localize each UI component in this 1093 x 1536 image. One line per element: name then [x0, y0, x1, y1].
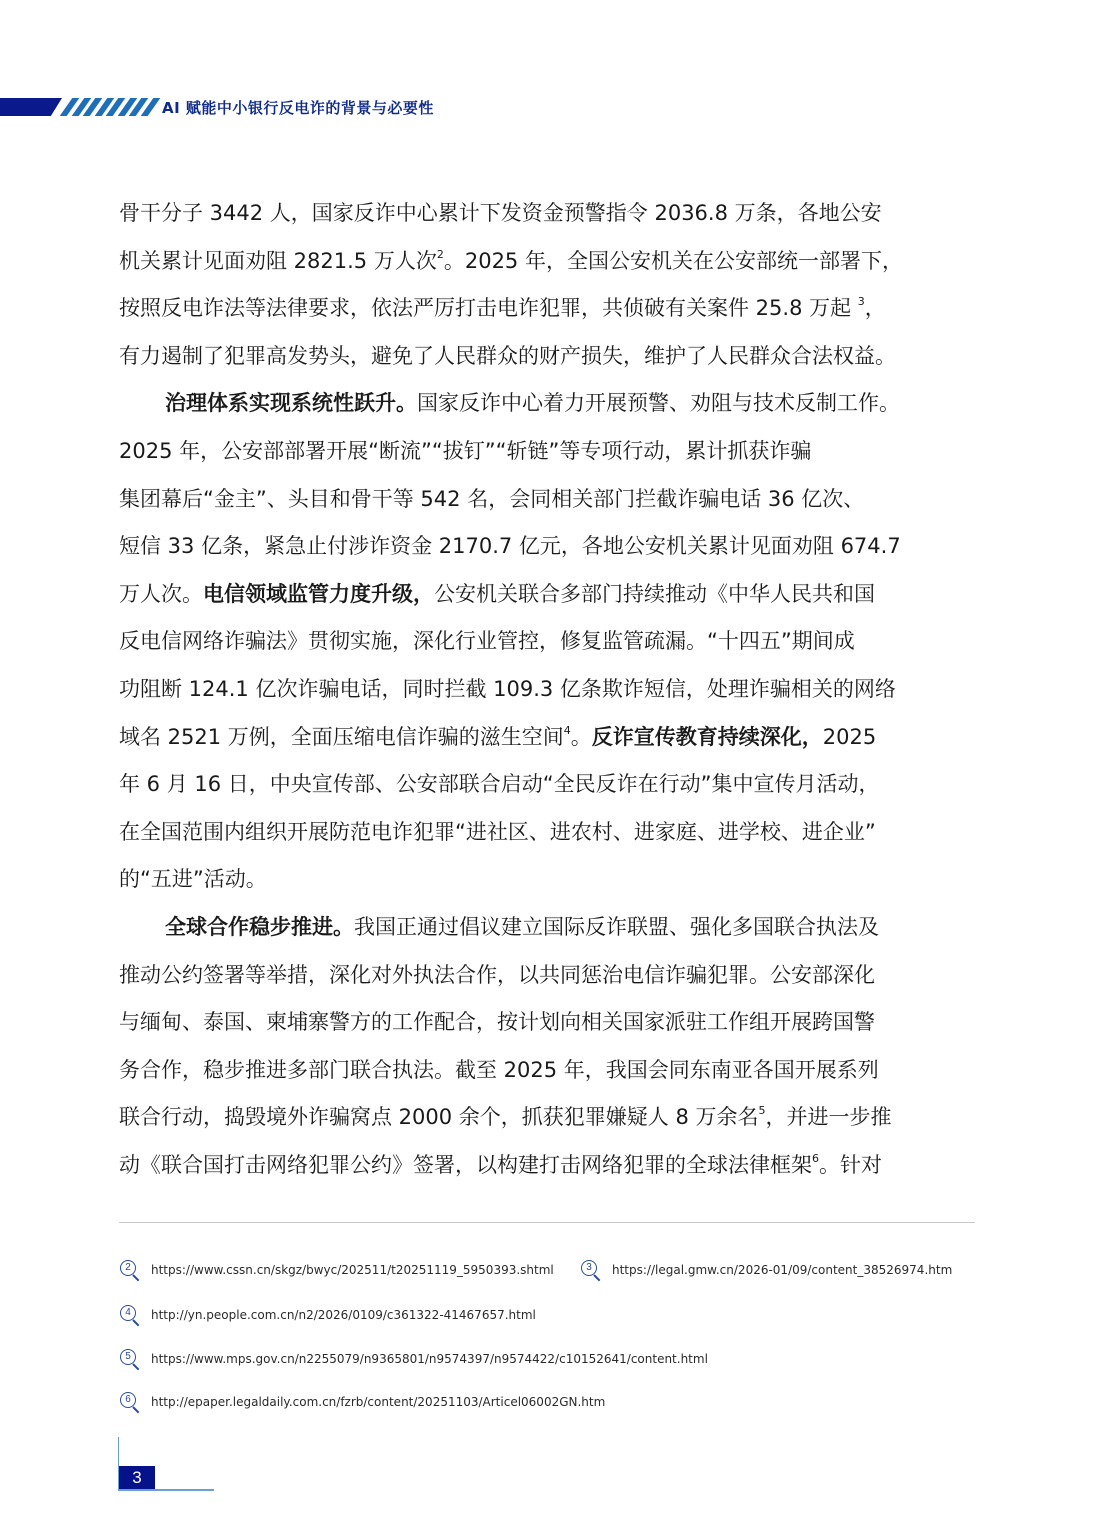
page-number-line-horizontal	[118, 1489, 214, 1491]
bold-lead-text: 全球合作稳步推进。	[165, 915, 354, 939]
footnote-item: 6http://epaper.legaldaily.com.cn/fzrb/co…	[119, 1390, 605, 1414]
text-line: 短信 33 亿条，紧急止付涉诈资金 2170.7 亿元，各地公安机关累计见面劝阻…	[119, 523, 975, 571]
section-title: AI 赋能中小银行反电诈的背景与必要性	[162, 96, 434, 120]
text-span: 。2025 年，全国公安机关在公安部统一部署下，	[444, 249, 903, 273]
text-line: 集团幕后“金主”、头目和骨干等 542 名，会同相关部门拦截诈骗电话 36 亿次…	[119, 476, 975, 524]
body-text: 骨干分子 3442 人，国家反诈中心累计下发资金预警指令 2036.8 万条，各…	[119, 190, 975, 1189]
page-number: 3	[119, 1466, 155, 1489]
text-span: 我国正通过倡议建立国际反诈联盟、强化多国联合执法及	[354, 915, 879, 939]
magnifier-number-icon: 2	[119, 1258, 145, 1282]
text-span: 在全国范围内组织开展防范电诈犯罪“进社区、进农村、进家庭、进学校、进企业”	[119, 820, 876, 844]
text-span: ，并进一步推	[766, 1105, 892, 1129]
text-line: 治理体系实现系统性跃升。国家反诈中心着力开展预警、劝阻与技术反制工作。	[119, 380, 975, 428]
text-span: 短信 33 亿条，紧急止付涉诈资金 2170.7 亿元，各地公安机关累计见面劝阻…	[119, 534, 901, 558]
paragraph: 治理体系实现系统性跃升。国家反诈中心着力开展预警、劝阻与技术反制工作。2025 …	[119, 380, 975, 904]
text-line: 功阻断 124.1 亿次诈骗电话，同时拦截 109.3 亿条欺诈短信，处理诈骗相…	[119, 666, 975, 714]
text-line: 有力遏制了犯罪高发势头，避免了人民群众的财产损失，维护了人民群众合法权益。	[119, 333, 975, 381]
text-line: 动《联合国打击网络犯罪公约》签署，以构建打击网络犯罪的全球法律框架6。针对	[119, 1142, 975, 1190]
footnote-ref: 4	[564, 724, 571, 737]
text-line: 的“五进”活动。	[119, 856, 975, 904]
text-line: 务合作，稳步推进多部门联合执法。截至 2025 年，我国会同东南亚各国开展系列	[119, 1047, 975, 1095]
magnifier-number-icon: 3	[580, 1258, 606, 1282]
footnote-url-link[interactable]: https://www.mps.gov.cn/n2255079/n9365801…	[151, 1352, 708, 1366]
header-bar-decoration	[0, 98, 62, 116]
magnifier-handle	[132, 1319, 139, 1326]
bold-lead-text: 治理体系实现系统性跃升。	[165, 391, 417, 415]
text-line: 按照反电诈法等法律要求，依法严厉打击电诈犯罪，共侦破有关案件 25.8 万起 3…	[119, 285, 975, 333]
footnote-item: 2https://www.cssn.cn/skgz/bwyc/202511/t2…	[119, 1258, 554, 1282]
footnote-ref: 3	[858, 295, 865, 308]
bold-lead-text: 电信领域监管力度升级，	[203, 582, 434, 606]
text-span: 2025 年，公安部部署开展“断流”“拔钉”“斩链”等专项行动，累计抓获诈骗	[119, 439, 811, 463]
text-span: 万人次。	[119, 582, 203, 606]
text-span: 公安机关联合多部门持续推动《中华人民共和国	[434, 582, 875, 606]
footnote-ref: 6	[812, 1152, 819, 1165]
magnifier-handle	[593, 1274, 600, 1281]
text-span: 有力遏制了犯罪高发势头，避免了人民群众的财产损失，维护了人民群众合法权益。	[119, 344, 896, 368]
text-line: 万人次。电信领域监管力度升级，公安机关联合多部门持续推动《中华人民共和国	[119, 571, 975, 619]
text-span: 联合行动，捣毁境外诈骗窝点 2000 余个，抓获犯罪嫌疑人 8 万余名	[119, 1105, 759, 1129]
bold-lead-text: 反诈宣传教育持续深化，	[592, 725, 823, 749]
text-span: 集团幕后“金主”、头目和骨干等 542 名，会同相关部门拦截诈骗电话 36 亿次…	[119, 487, 864, 511]
footnote-item: 5https://www.mps.gov.cn/n2255079/n936580…	[119, 1347, 708, 1371]
text-span: 2025	[823, 725, 876, 749]
magnifier-handle	[132, 1274, 139, 1281]
footnote-item: 3https://legal.gmw.cn/2026-01/09/content…	[580, 1258, 952, 1282]
text-span: 动《联合国打击网络犯罪公约》签署，以构建打击网络犯罪的全球法律框架	[119, 1153, 812, 1177]
magnifier-number-icon: 4	[119, 1303, 145, 1327]
text-span: 的“五进”活动。	[119, 867, 267, 891]
text-span: 国家反诈中心着力开展预警、劝阻与技术反制工作。	[417, 391, 900, 415]
magnifier-handle	[132, 1406, 139, 1413]
text-span: ，	[865, 296, 886, 320]
footnote-url-link[interactable]: http://yn.people.com.cn/n2/2026/0109/c36…	[151, 1308, 536, 1322]
text-line: 机关累计见面劝阻 2821.5 万人次2。2025 年，全国公安机关在公安部统一…	[119, 238, 975, 286]
text-span: 与缅甸、泰国、柬埔寨警方的工作配合，按计划向相关国家派驻工作组开展跨国警	[119, 1010, 875, 1034]
text-span: 反电信网络诈骗法》贯彻实施，深化行业管控，修复监管疏漏。“十四五”期间成	[119, 629, 855, 653]
footnote-url-link[interactable]: https://www.cssn.cn/skgz/bwyc/202511/t20…	[151, 1263, 554, 1277]
text-span: 机关累计见面劝阻 2821.5 万人次	[119, 249, 437, 273]
header-stripes-decoration	[56, 98, 156, 116]
text-span: 域名 2521 万例，全面压缩电信诈骗的滋生空间	[119, 725, 564, 749]
footnote-ref: 5	[759, 1104, 766, 1117]
text-line: 反电信网络诈骗法》贯彻实施，深化行业管控，修复监管疏漏。“十四五”期间成	[119, 618, 975, 666]
magnifier-number-icon: 5	[119, 1347, 145, 1371]
text-line: 与缅甸、泰国、柬埔寨警方的工作配合，按计划向相关国家派驻工作组开展跨国警	[119, 999, 975, 1047]
paragraph: 骨干分子 3442 人，国家反诈中心累计下发资金预警指令 2036.8 万条，各…	[119, 190, 975, 380]
magnifier-handle	[132, 1363, 139, 1370]
text-line: 联合行动，捣毁境外诈骗窝点 2000 余个，抓获犯罪嫌疑人 8 万余名5，并进一…	[119, 1094, 975, 1142]
footnote-item: 4http://yn.people.com.cn/n2/2026/0109/c3…	[119, 1303, 536, 1327]
magnifier-number-icon: 6	[119, 1390, 145, 1414]
text-line: 年 6 月 16 日，中央宣传部、公安部联合启动“全民反诈在行动”集中宣传月活动…	[119, 761, 975, 809]
text-line: 全球合作稳步推进。我国正通过倡议建立国际反诈联盟、强化多国联合执法及	[119, 904, 975, 952]
text-line: 域名 2521 万例，全面压缩电信诈骗的滋生空间4。反诈宣传教育持续深化，202…	[119, 714, 975, 762]
text-span: 年 6 月 16 日，中央宣传部、公安部联合启动“全民反诈在行动”集中宣传月活动…	[119, 772, 880, 796]
text-span: 。	[571, 725, 592, 749]
text-span: 骨干分子 3442 人，国家反诈中心累计下发资金预警指令 2036.8 万条，各…	[119, 201, 882, 225]
paragraph: 全球合作稳步推进。我国正通过倡议建立国际反诈联盟、强化多国联合执法及推动公约签署…	[119, 904, 975, 1190]
text-line: 骨干分子 3442 人，国家反诈中心累计下发资金预警指令 2036.8 万条，各…	[119, 190, 975, 238]
text-span: 。针对	[819, 1153, 882, 1177]
text-line: 2025 年，公安部部署开展“断流”“拔钉”“斩链”等专项行动，累计抓获诈骗	[119, 428, 975, 476]
text-line: 在全国范围内组织开展防范电诈犯罪“进社区、进农村、进家庭、进学校、进企业”	[119, 809, 975, 857]
text-span: 务合作，稳步推进多部门联合执法。截至 2025 年，我国会同东南亚各国开展系列	[119, 1058, 879, 1082]
text-span: 按照反电诈法等法律要求，依法严厉打击电诈犯罪，共侦破有关案件 25.8 万起	[119, 296, 858, 320]
footnote-divider	[119, 1222, 975, 1223]
text-span: 功阻断 124.1 亿次诈骗电话，同时拦截 109.3 亿条欺诈短信，处理诈骗相…	[119, 677, 896, 701]
footnote-ref: 2	[437, 248, 444, 261]
section-header: AI 赋能中小银行反电诈的背景与必要性	[0, 96, 600, 120]
footnote-url-link[interactable]: https://legal.gmw.cn/2026-01/09/content_…	[612, 1263, 952, 1277]
text-span: 推动公约签署等举措，深化对外执法合作，以共同惩治电信诈骗犯罪。公安部深化	[119, 963, 875, 987]
footnote-url-link[interactable]: http://epaper.legaldaily.com.cn/fzrb/con…	[151, 1395, 605, 1409]
text-line: 推动公约签署等举措，深化对外执法合作，以共同惩治电信诈骗犯罪。公安部深化	[119, 952, 975, 1000]
